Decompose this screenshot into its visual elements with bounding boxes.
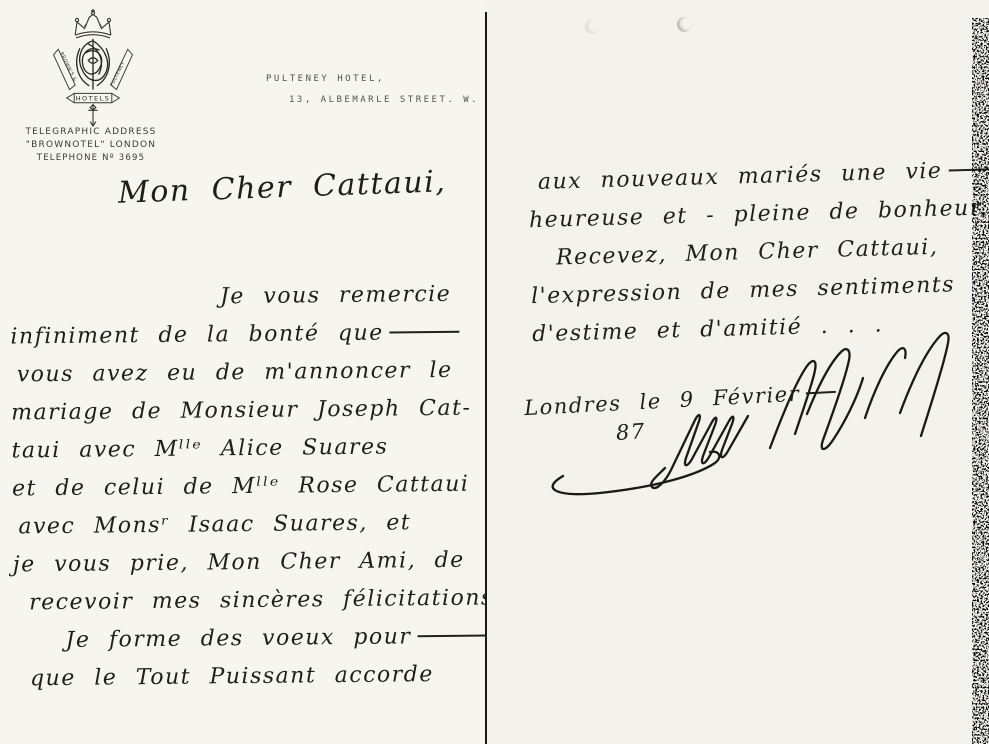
letter-line: avec Monsʳ Isaac Suares, et <box>12 504 487 547</box>
letter-line: recevoir mes sincères félicitations. <box>13 580 487 623</box>
crest-crown-icon <box>75 9 111 38</box>
page-left: BROWN'S & PULTENEY HOTELS TELEGRAPHIC AD… <box>0 0 487 744</box>
letter-line: Je vous remercie <box>10 276 486 319</box>
signature-underline <box>553 452 720 494</box>
hotel-crest-icon: BROWN'S & PULTENEY HOTELS <box>46 6 140 130</box>
scanned-letter: { "scan": { "kind": "Scanned handwritten… <box>0 0 989 744</box>
salutation: Mon Cher Cattaui, <box>117 164 446 210</box>
crest-banner-label: HOTELS <box>76 94 111 102</box>
scan-edge-noise <box>972 18 989 744</box>
letter-line: vous avez eu de m'annoncer le <box>11 352 487 395</box>
signature-stroke <box>900 333 949 436</box>
hotel-name: PULTENEY HOTEL, <box>266 74 385 84</box>
pen-flourish <box>417 634 487 637</box>
punch-hole <box>585 19 600 34</box>
letter-line: infiniment de la bonté que <box>10 314 486 357</box>
crest-dagger-icon <box>88 105 97 127</box>
letter-line: taui avec Mˡˡᵉ Alice Suares <box>11 428 487 471</box>
letter-line: mariage de Monsieur Joseph Cat- <box>11 390 487 433</box>
letter-line: je vous prie, Mon Cher Ami, de <box>13 542 487 585</box>
letter-line: que le Tout Puissant accorde <box>14 655 487 698</box>
signature <box>545 318 980 513</box>
punch-hole <box>677 17 692 32</box>
pen-flourish <box>390 331 460 334</box>
telegraphic-address-block: TELEGRAPHIC ADDRESS "BROWNOTEL" LONDON T… <box>2 126 180 165</box>
signature-stroke <box>770 348 906 449</box>
telegraphic-line-1: TELEGRAPHIC ADDRESS <box>2 126 180 139</box>
page-edge-line <box>485 12 487 744</box>
letter-line: et de celui de Mˡˡᵉ Rose Cattaui <box>12 466 487 509</box>
crest-ribbon-left: BROWN'S & <box>54 49 78 89</box>
hotel-address: 13, ALBEMARLE STREET. W. <box>289 95 479 105</box>
signature-stroke <box>651 415 748 488</box>
crest-banner: HOTELS <box>67 93 120 102</box>
crest-ribbon-right: PULTENEY <box>109 49 132 89</box>
crest-ribbon-left-label: BROWN'S & <box>58 51 77 82</box>
letter-body-left: Je vous remercie infiniment de la bonté … <box>10 276 487 699</box>
telegraphic-line-3: TELEPHONE Nº 3695 <box>2 152 180 165</box>
letter-line: Je forme des voeux pour <box>13 618 487 661</box>
telegraphic-line-2: "BROWNOTEL" LONDON <box>2 139 180 152</box>
crest-monogram-icon <box>77 39 110 90</box>
